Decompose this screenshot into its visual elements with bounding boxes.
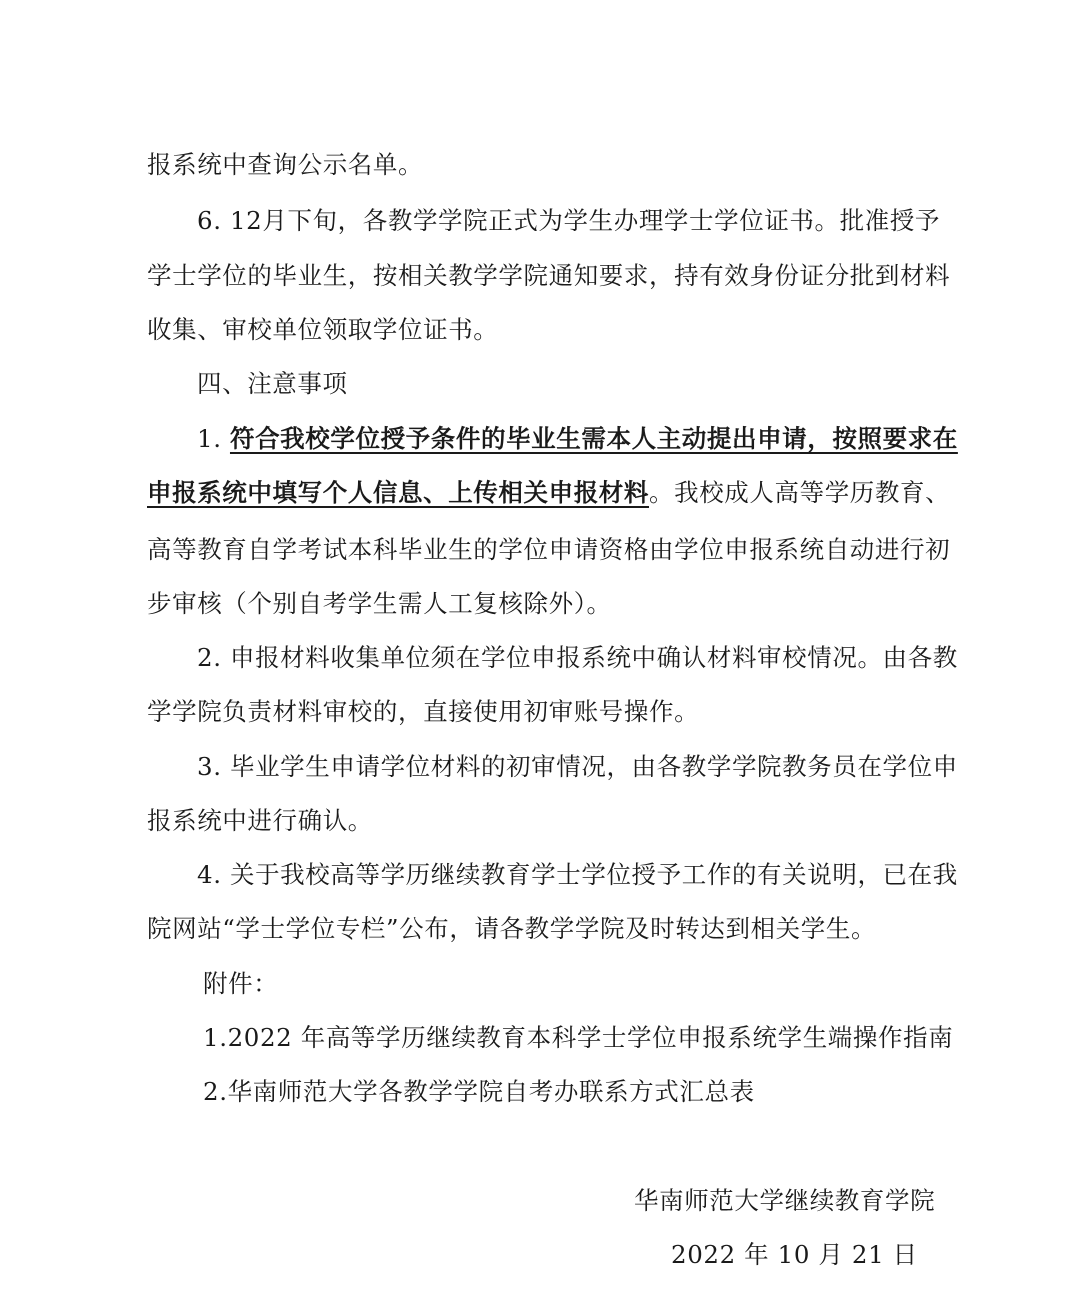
note3-line2: 报系统中进行确认。 bbox=[147, 806, 373, 836]
item6-line1: 6. 12月下旬，各教学学院正式为学生办理学士学位证书。批准授予 bbox=[197, 206, 940, 236]
attachment-item-1: 1.2022 年高等学历继续教育本科学士学位申报系统学生端操作指南 bbox=[203, 1023, 953, 1053]
attachments-label: 附件： bbox=[203, 969, 278, 999]
signature-date: 2022 年 10 月 21 日 bbox=[671, 1240, 918, 1270]
note1-line4: 步审核（个别自考学生需人工复核除外）。 bbox=[147, 589, 612, 619]
note4-line2: 院网站“学士学位专栏”公布，请各教学学院及时转达到相关学生。 bbox=[147, 914, 876, 944]
continuation-text: 报系统中查询公示名单。 bbox=[147, 150, 423, 180]
note1-emphasis-1: 符合我校学位授予条件的毕业生需本人主动提出申请，按照要求在 bbox=[230, 424, 958, 453]
signature-organization: 华南师范大学继续教育学院 bbox=[634, 1186, 935, 1216]
note2-line1: 2. 申报材料收集单位须在学位申报系统中确认材料审校情况。由各教 bbox=[197, 643, 958, 673]
note2-line2: 学学院负责材料审校的，直接使用初审账号操作。 bbox=[147, 697, 699, 727]
note1-line1: 1. 符合我校学位授予条件的毕业生需本人主动提出申请，按照要求在 bbox=[197, 424, 958, 454]
note1-rest: 。我校成人高等学历教育、 bbox=[649, 478, 950, 507]
note1-line3: 高等教育自学考试本科毕业生的学位申请资格由学位申报系统自动进行初 bbox=[147, 535, 950, 565]
item6-line3: 收集、审校单位领取学位证书。 bbox=[147, 315, 498, 345]
note1-number: 1. bbox=[197, 424, 222, 453]
attachment-item-2: 2.华南师范大学各教学学院自考办联系方式汇总表 bbox=[203, 1077, 755, 1107]
note4-line1: 4. 关于我校高等学历继续教育学士学位授予工作的有关说明，已在我 bbox=[197, 860, 958, 890]
document-page: 报系统中查询公示名单。 6. 12月下旬，各教学学院正式为学生办理学士学位证书。… bbox=[0, 0, 1080, 1309]
section-heading: 四、注意事项 bbox=[197, 369, 348, 399]
note1-emphasis-2: 申报系统中填写个人信息、上传相关申报材料 bbox=[147, 478, 649, 507]
note3-line1: 3. 毕业学生申请学位材料的初审情况，由各教学学院教务员在学位申 bbox=[197, 752, 958, 782]
note1-line2: 申报系统中填写个人信息、上传相关申报材料。我校成人高等学历教育、 bbox=[147, 478, 950, 508]
item6-line2: 学士学位的毕业生，按相关教学学院通知要求，持有效身份证分批到材料 bbox=[147, 261, 950, 291]
